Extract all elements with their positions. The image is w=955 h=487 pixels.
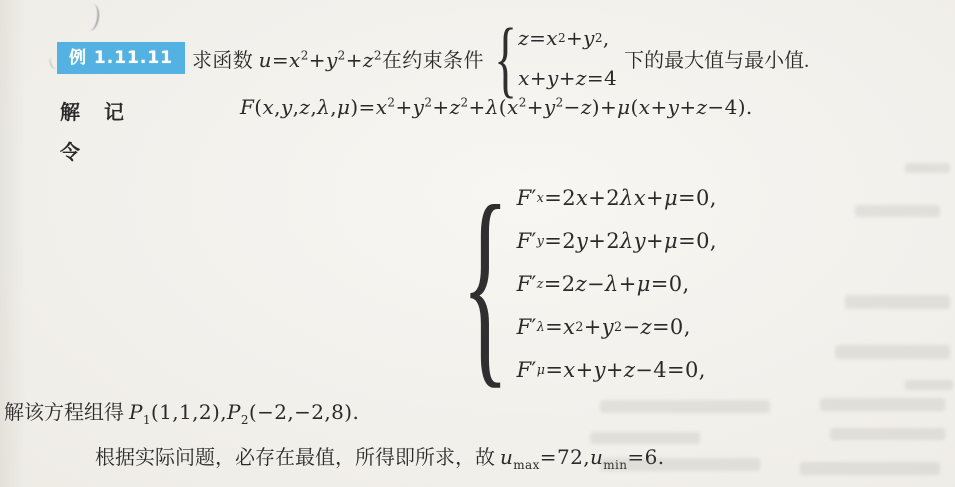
constraint-equation-1: z=x2+y2,	[518, 18, 617, 58]
system-left-brace-glyph: {	[461, 178, 509, 390]
equation-row-fx: F′x=2x+2λx+μ=0,	[517, 176, 717, 219]
solve-label: 解	[60, 96, 80, 125]
bleedthrough-artifact	[905, 163, 950, 173]
bleedthrough-artifact	[830, 428, 945, 440]
bleedthrough-artifact	[835, 345, 950, 359]
equation-row-fy: F′y=2y+2λy+μ=0,	[517, 219, 717, 262]
bleedthrough-artifact	[600, 400, 770, 413]
let-label: 令	[60, 136, 80, 165]
constraint-list: z=x2+y2, x+y+z=4	[518, 18, 617, 98]
bleedthrough-artifact	[820, 398, 945, 411]
conclusion-line: 根据实际问题，必存在最值，所得即所求，故 umax=72,umin=6.	[95, 441, 664, 470]
constraint-system-group: { z=x2+y2, x+y+z=4	[491, 18, 617, 98]
equation-row-fz: F′z=2z−λ+μ=0,	[517, 262, 717, 305]
equation-row-flambda: F′λ=x2+y2−z=0,	[517, 305, 717, 348]
textbook-page: { "page": {"paper_color": "#f5f3ee", "in…	[0, 0, 955, 487]
constraint-left-brace-glyph: {	[494, 19, 517, 97]
lagrange-function-definition: F(x,y,z,λ,μ)=x2+y2+z2+λ(x2+y2−z)+μ(x+y+z…	[240, 95, 753, 119]
roots-line: 解该方程组得 P1(1,1,2),P2(−2,−2,8).	[4, 396, 359, 425]
bleedthrough-artifact	[855, 205, 940, 217]
equation-row-fmu: F′μ=x+y+z−4=0,	[517, 348, 717, 391]
bleedthrough-artifact	[905, 380, 953, 390]
example-number-badge: 例 1.11.11	[57, 42, 185, 74]
note-label: 记	[104, 96, 124, 125]
bleedthrough-artifact	[845, 295, 950, 309]
problem-tail-text: 下的最大值与最小值.	[624, 44, 809, 73]
equation-list: F′x=2x+2λx+μ=0, F′y=2y+2λy+μ=0, F′z=2z−λ…	[517, 176, 717, 391]
problem-lead-text: 求函数 u=x2+y2+z2在约束条件	[192, 44, 484, 73]
equation-system: { F′x=2x+2λx+μ=0, F′y=2y+2λy+μ=0, F′z=2z…	[452, 176, 717, 391]
solution-definition-line: 解 记 F(x,y,z,λ,μ)=x2+y2+z2+λ(x2+y2−z)+μ(x…	[0, 92, 955, 128]
bleedthrough-artifact	[800, 462, 940, 475]
